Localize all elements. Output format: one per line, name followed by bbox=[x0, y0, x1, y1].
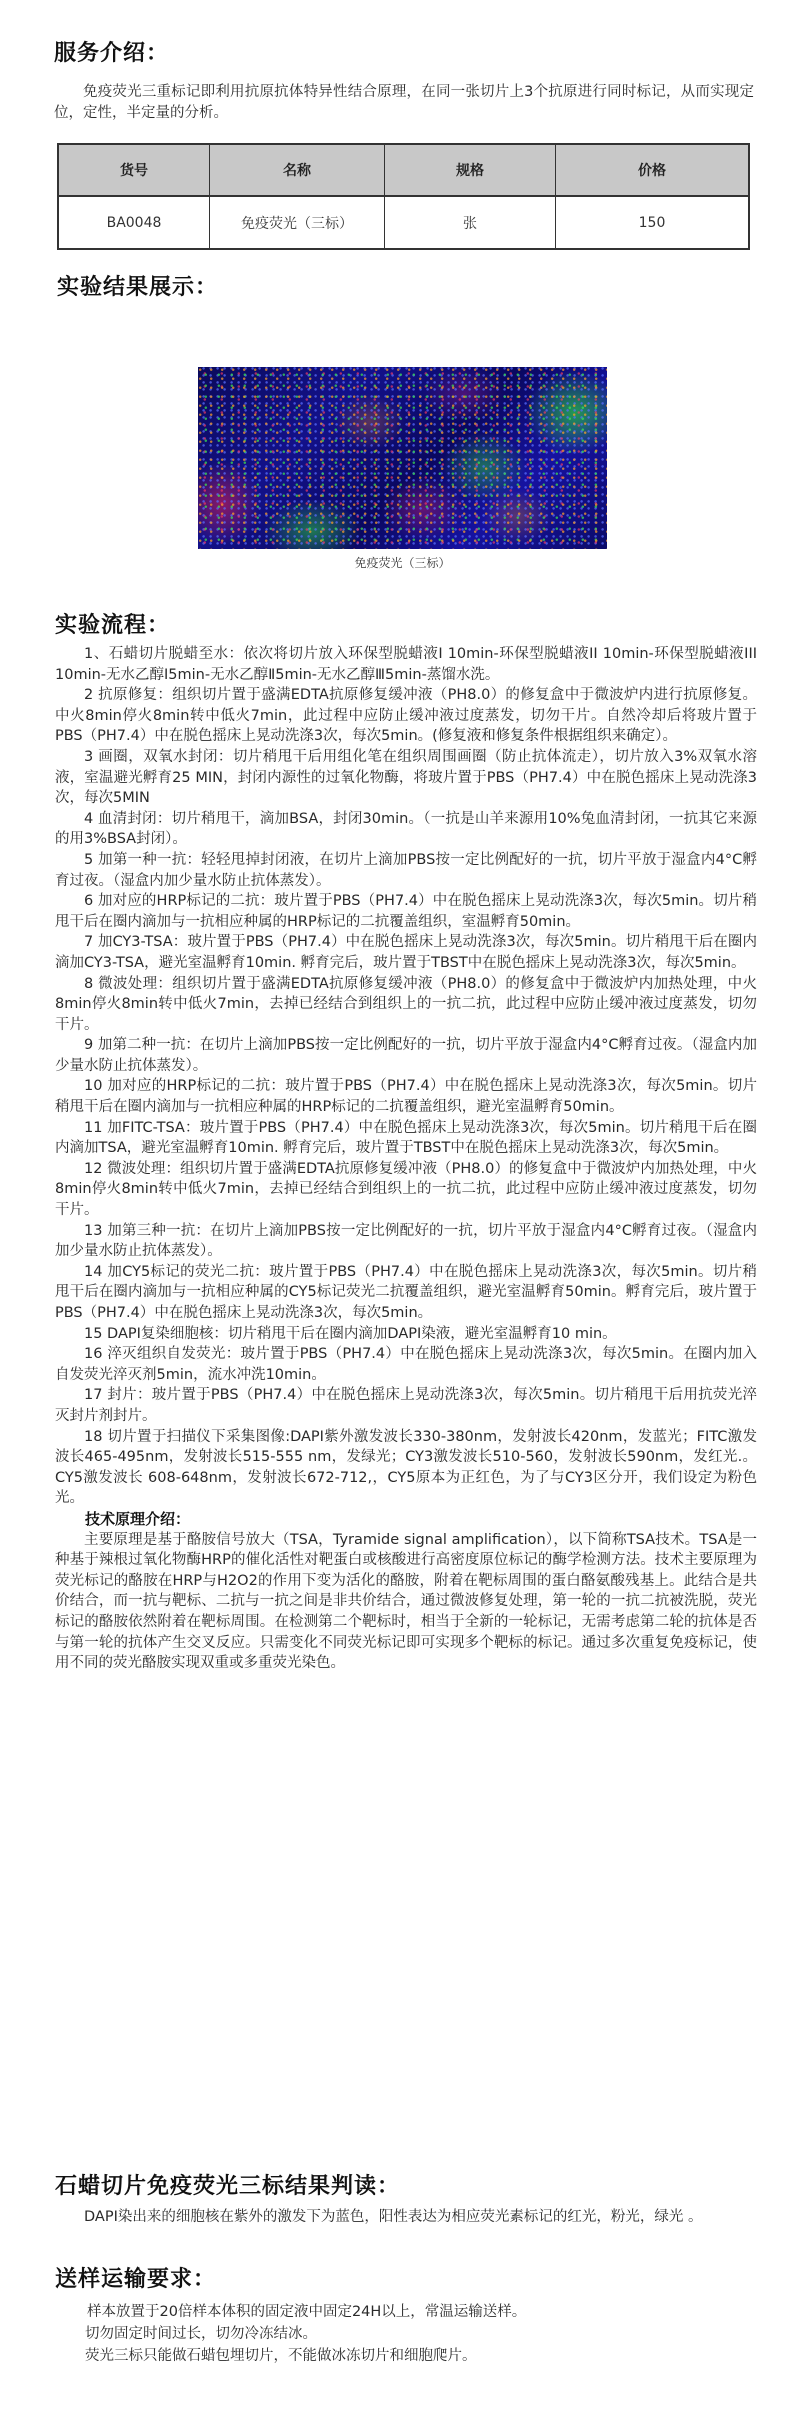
shipping-requirements: 样本放置于20倍样本体积的固定液中固定24H以上，常温运输送样。 切勿固定时间过… bbox=[55, 2301, 757, 2367]
step-5: 5 加第一种一抗：轻轻甩掉封闭液，在切片上滴加PBS按一定比例配好的一抗，切片平… bbox=[55, 850, 757, 891]
header-name: 名称 bbox=[210, 144, 385, 196]
principle-body: 主要原理是基于酪胺信号放大（TSA，Tyramide signal amplif… bbox=[55, 1530, 757, 1674]
service-intro-body: 免疫荧光三重标记即利用抗原抗体特异性结合原理，在同一张切片上3个抗原进行同时标记… bbox=[54, 82, 754, 123]
step-6: 6 加对应的HRP标记的二抗：玻片置于PBS（PH7.4）中在脱色摇床上晃动洗涤… bbox=[55, 891, 757, 932]
step-13: 13 加第三种一抗：在切片上滴加PBS按一定比例配好的一抗，切片平放于湿盒内4°… bbox=[55, 1221, 757, 1262]
step-2: 2 抗原修复：组织切片置于盛满EDTA抗原修复缓冲液（PH8.0）的修复盒中于微… bbox=[55, 685, 757, 747]
step-11: 11 加FITC-TSA：玻片置于PBS（PH7.4）中在脱色摇床上晃动洗涤3次… bbox=[55, 1118, 757, 1159]
step-15: 15 DAPI复染细胞核：切片稍甩干后在圈内滴加DAPI染液，避光室温孵育10 … bbox=[55, 1324, 757, 1345]
figure-caption: 免疫荧光（三标） bbox=[198, 554, 607, 571]
step-18: 18 切片置于扫描仪下采集图像:DAPI紫外激发波长330-380nm，发射波长… bbox=[55, 1427, 757, 1509]
step-9: 9 加第二种一抗：在切片上滴加PBS按一定比例配好的一抗，切片平放于湿盒内4°C… bbox=[55, 1035, 757, 1076]
step-14: 14 加CY5标记的荧光二抗：玻片置于PBS（PH7.4）中在脱色摇床上晃动洗涤… bbox=[55, 1262, 757, 1324]
step-1: 1、石蜡切片脱蜡至水：依次将切片放入环保型脱蜡液I 10min-环保型脱蜡液II… bbox=[55, 644, 757, 685]
shipping-line-3: 荧光三标只能做石蜡包埋切片，不能做冰冻切片和细胞爬片。 bbox=[55, 2345, 757, 2367]
price-table: 货号 名称 规格 价格 BA0048 免疫荧光（三标） 张 150 bbox=[57, 143, 750, 250]
step-10: 10 加对应的HRP标记的二抗：玻片置于PBS（PH7.4）中在脱色摇床上晃动洗… bbox=[55, 1076, 757, 1117]
step-12: 12 微波处理：组织切片置于盛满EDTA抗原修复缓冲液（PH8.0）的修复盒中于… bbox=[55, 1159, 757, 1221]
procedure-title: 实验流程： bbox=[55, 614, 170, 638]
step-16: 16 淬灭组织自发荧光：玻片置于PBS（PH7.4）中在脱色摇床上晃动洗涤3次，… bbox=[55, 1344, 757, 1385]
shipping-title: 送样运输要求： bbox=[55, 2268, 216, 2292]
step-17: 17 封片：玻片置于PBS（PH7.4）中在脱色摇床上晃动洗涤3次，每次5min… bbox=[55, 1385, 757, 1426]
principle-title: 技术原理介绍： bbox=[55, 1509, 757, 1530]
header-spec: 规格 bbox=[385, 144, 556, 196]
shipping-line-1: 样本放置于20倍样本体积的固定液中固定24H以上，常温运输送样。 bbox=[55, 2301, 757, 2323]
service-intro-title: 服务介绍： bbox=[54, 42, 169, 66]
header-price: 价格 bbox=[556, 144, 750, 196]
header-item-no: 货号 bbox=[58, 144, 210, 196]
cell-item-no: BA0048 bbox=[58, 196, 210, 249]
fluorescence-image bbox=[198, 367, 607, 549]
step-3: 3 画圈，双氧水封闭：切片稍甩干后用组化笔在组织周围画圈（防止抗体流走），切片放… bbox=[55, 747, 757, 809]
cell-spec: 张 bbox=[385, 196, 556, 249]
step-7: 7 加CY3-TSA：玻片置于PBS（PH7.4）中在脱色摇床上晃动洗涤3次，每… bbox=[55, 932, 757, 973]
fluorescence-speckle bbox=[198, 367, 607, 549]
step-8: 8 微波处理：组织切片置于盛满EDTA抗原修复缓冲液（PH8.0）的修复盒中于微… bbox=[55, 974, 757, 1036]
cell-name: 免疫荧光（三标） bbox=[210, 196, 385, 249]
step-4: 4 血清封闭：切片稍甩干，滴加BSA，封闭30min。（一抗是山羊来源用10%兔… bbox=[55, 809, 757, 850]
shipping-line-2: 切勿固定时间过长，切勿冷冻结冰。 bbox=[55, 2323, 757, 2345]
price-table-header: 货号 名称 规格 价格 bbox=[58, 144, 749, 196]
interpretation-title: 石蜡切片免疫荧光三标结果判读： bbox=[55, 2175, 400, 2199]
results-title: 实验结果展示： bbox=[57, 276, 218, 300]
procedure-steps: 1、石蜡切片脱蜡至水：依次将切片放入环保型脱蜡液I 10min-环保型脱蜡液II… bbox=[55, 644, 757, 1674]
interpretation-body: DAPI染出来的细胞核在紫外的激发下为蓝色，阳性表达为相应荧光素标记的红光，粉光… bbox=[55, 2207, 757, 2228]
table-row: BA0048 免疫荧光（三标） 张 150 bbox=[58, 196, 749, 249]
cell-price: 150 bbox=[556, 196, 750, 249]
